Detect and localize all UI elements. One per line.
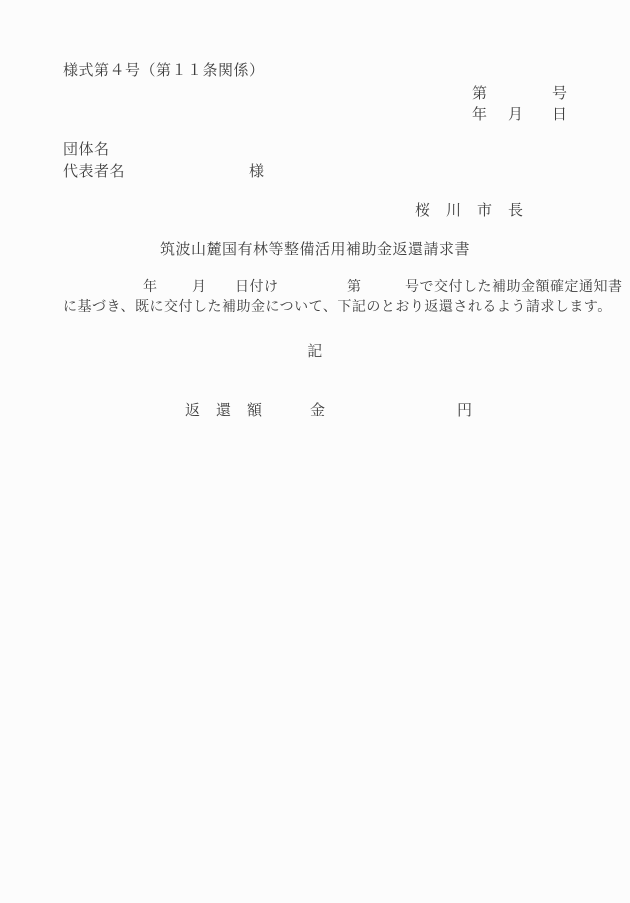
body-notice-number-prefix: 第 (347, 281, 362, 295)
ki-section-marker: 記 (0, 345, 630, 360)
document-title: 筑波山麓国有林等整備活用補助金返還請求書 (0, 243, 630, 258)
date-month-label: 月 (508, 108, 524, 123)
refund-amount-prefix: 金 (310, 404, 326, 419)
body-date-year-blank: 年 (143, 281, 158, 295)
refund-amount-label: 返 還 額 (185, 404, 263, 419)
document-number-prefix: 第 (472, 87, 488, 102)
honorific-label: 様 (249, 165, 265, 180)
document-page: 様式第４号（第１１条関係） 第 号 年 月 日 団体名 代表者名 様 桜 川 市… (0, 0, 630, 903)
body-date-month-blank: 月 (192, 281, 207, 295)
representative-name-label: 代表者名 (63, 165, 125, 180)
body-notice-number-rest: 号で交付した補助金額確定通知書 (405, 281, 623, 295)
document-number-suffix: 号 (552, 87, 568, 102)
body-date-day-phrase: 日付け (235, 281, 279, 295)
date-year-label: 年 (472, 108, 488, 123)
body-request-sentence: に基づき、既に交付した補助金について、下記のとおり返還されるよう請求します。 (63, 301, 612, 315)
issuer-mayor-label: 桜 川 市 長 (415, 204, 524, 219)
form-number-label: 様式第４号（第１１条関係） (63, 64, 265, 79)
date-day-label: 日 (552, 108, 568, 123)
refund-amount-suffix: 円 (457, 404, 473, 419)
group-name-label: 団体名 (63, 143, 110, 158)
